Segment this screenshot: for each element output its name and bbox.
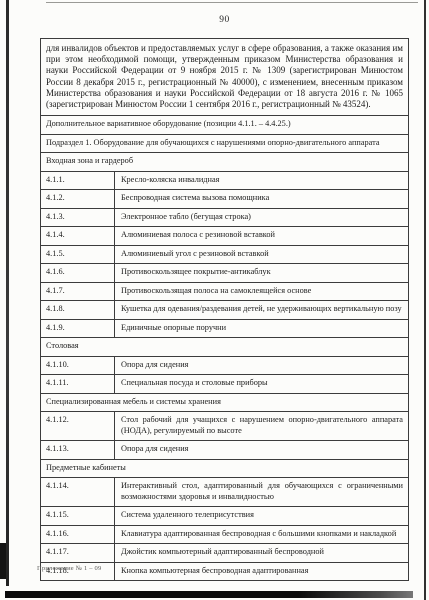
row-label: Беспроводная система вызова помощника xyxy=(115,190,408,208)
section-row: Специализированная мебель и системы хран… xyxy=(41,393,408,412)
row-number: 4.1.4. xyxy=(41,227,115,245)
row-number: 4.1.9. xyxy=(41,320,115,338)
row-label: Специальная посуда и столовые приборы xyxy=(115,375,408,393)
row-label: Противоскользящее покрытие-антикаблук xyxy=(115,264,408,282)
section-row: Предметные кабинеты xyxy=(41,459,408,478)
row-number: 4.1.3. xyxy=(41,209,115,227)
section-row: Дополнительное вариативное оборудование … xyxy=(41,115,408,134)
table-rows: Дополнительное вариативное оборудование … xyxy=(41,115,408,580)
row-number: 4.1.12. xyxy=(41,412,115,440)
table-row: 4.1.13.Опора для сидения xyxy=(41,440,408,459)
scan-artifact-top-line xyxy=(46,2,418,3)
row-label: Кресло-коляска инвалидная xyxy=(115,172,408,190)
row-number: 4.1.11. xyxy=(41,375,115,393)
scan-artifact-right-edge xyxy=(424,0,426,600)
row-number: 4.1.14. xyxy=(41,478,115,506)
row-label: Алюминиевая полоса с резиновой вставкой xyxy=(115,227,408,245)
row-label: Противоскользящая полоса на самоклеящейс… xyxy=(115,283,408,301)
table-row: 4.1.1.Кресло-коляска инвалидная xyxy=(41,171,408,190)
table-row: 4.1.6.Противоскользящее покрытие-антикаб… xyxy=(41,263,408,282)
table-row: 4.1.9.Единичные опорные поручни xyxy=(41,319,408,338)
scan-artifact-bottom-bar xyxy=(5,591,413,598)
row-label: Алюминиевый угол с резиновой вставкой xyxy=(115,246,408,264)
row-label: Опора для сидения xyxy=(115,357,408,375)
row-label: Интерактивный стол, адаптированный для о… xyxy=(115,478,408,506)
row-number: 4.1.16. xyxy=(41,526,115,544)
table-row: 4.1.11.Специальная посуда и столовые при… xyxy=(41,374,408,393)
intro-paragraph: для инвалидов объектов и предоставляемых… xyxy=(41,39,408,115)
row-number: 4.1.1. xyxy=(41,172,115,190)
row-number: 4.1.15. xyxy=(41,507,115,525)
row-number: 4.1.17. xyxy=(41,544,115,562)
table-row: 4.1.4.Алюминиевая полоса с резиновой вст… xyxy=(41,226,408,245)
row-number: 4.1.13. xyxy=(41,441,115,459)
scanned-document-page: 90 для инвалидов объектов и предоставляе… xyxy=(0,0,429,600)
row-label: Электронное табло (бегущая строка) xyxy=(115,209,408,227)
row-number: 4.1.5. xyxy=(41,246,115,264)
table-row: 4.1.15.Система удаленного телеприсутстви… xyxy=(41,506,408,525)
scan-artifact-left-edge xyxy=(6,0,9,586)
scan-artifact-left-bar xyxy=(0,543,6,579)
row-label: Единичные опорные поручни xyxy=(115,320,408,338)
row-label: Система удаленного телеприсутствия xyxy=(115,507,408,525)
row-label: Опора для сидения xyxy=(115,441,408,459)
section-row: Входная зона и гардероб xyxy=(41,152,408,171)
section-row: Подраздел 1. Оборудование для обучающихс… xyxy=(41,134,408,153)
table-row: 4.1.5.Алюминиевый угол с резиновой встав… xyxy=(41,245,408,264)
row-label: Стол рабочий для учащихся с нарушением о… xyxy=(115,412,408,440)
table-row: 4.1.17.Джойстик компьютерный адаптирован… xyxy=(41,543,408,562)
row-number: 4.1.8. xyxy=(41,301,115,319)
row-number: 4.1.10. xyxy=(41,357,115,375)
row-number: 4.1.6. xyxy=(41,264,115,282)
row-label: Джойстик компьютерный адаптированный бес… xyxy=(115,544,408,562)
footer-annotation: Приложение № 1 – 09 xyxy=(37,565,101,572)
row-label: Кнопка компьютерная беспроводная адаптир… xyxy=(115,563,408,581)
section-row: Столовая xyxy=(41,337,408,356)
row-label: Кушетка для одевания/раздевания детей, н… xyxy=(115,301,408,319)
table-row: 4.1.7.Противоскользящая полоса на самокл… xyxy=(41,282,408,301)
table-row: 4.1.3.Электронное табло (бегущая строка) xyxy=(41,208,408,227)
table-row: 4.1.16.Клавиатура адаптированная беспров… xyxy=(41,525,408,544)
row-number: 4.1.7. xyxy=(41,283,115,301)
table-row: 4.1.14.Интерактивный стол, адаптированны… xyxy=(41,477,408,506)
page-number: 90 xyxy=(40,15,409,25)
table-row: 4.1.2.Беспроводная система вызова помощн… xyxy=(41,189,408,208)
row-label: Клавиатура адаптированная беспроводная с… xyxy=(115,526,408,544)
equipment-table: для инвалидов объектов и предоставляемых… xyxy=(40,38,409,581)
table-row: 4.1.8.Кушетка для одевания/раздевания де… xyxy=(41,300,408,319)
table-row: 4.1.12.Стол рабочий для учащихся с наруш… xyxy=(41,411,408,440)
row-number: 4.1.2. xyxy=(41,190,115,208)
table-row: 4.1.10.Опора для сидения xyxy=(41,356,408,375)
